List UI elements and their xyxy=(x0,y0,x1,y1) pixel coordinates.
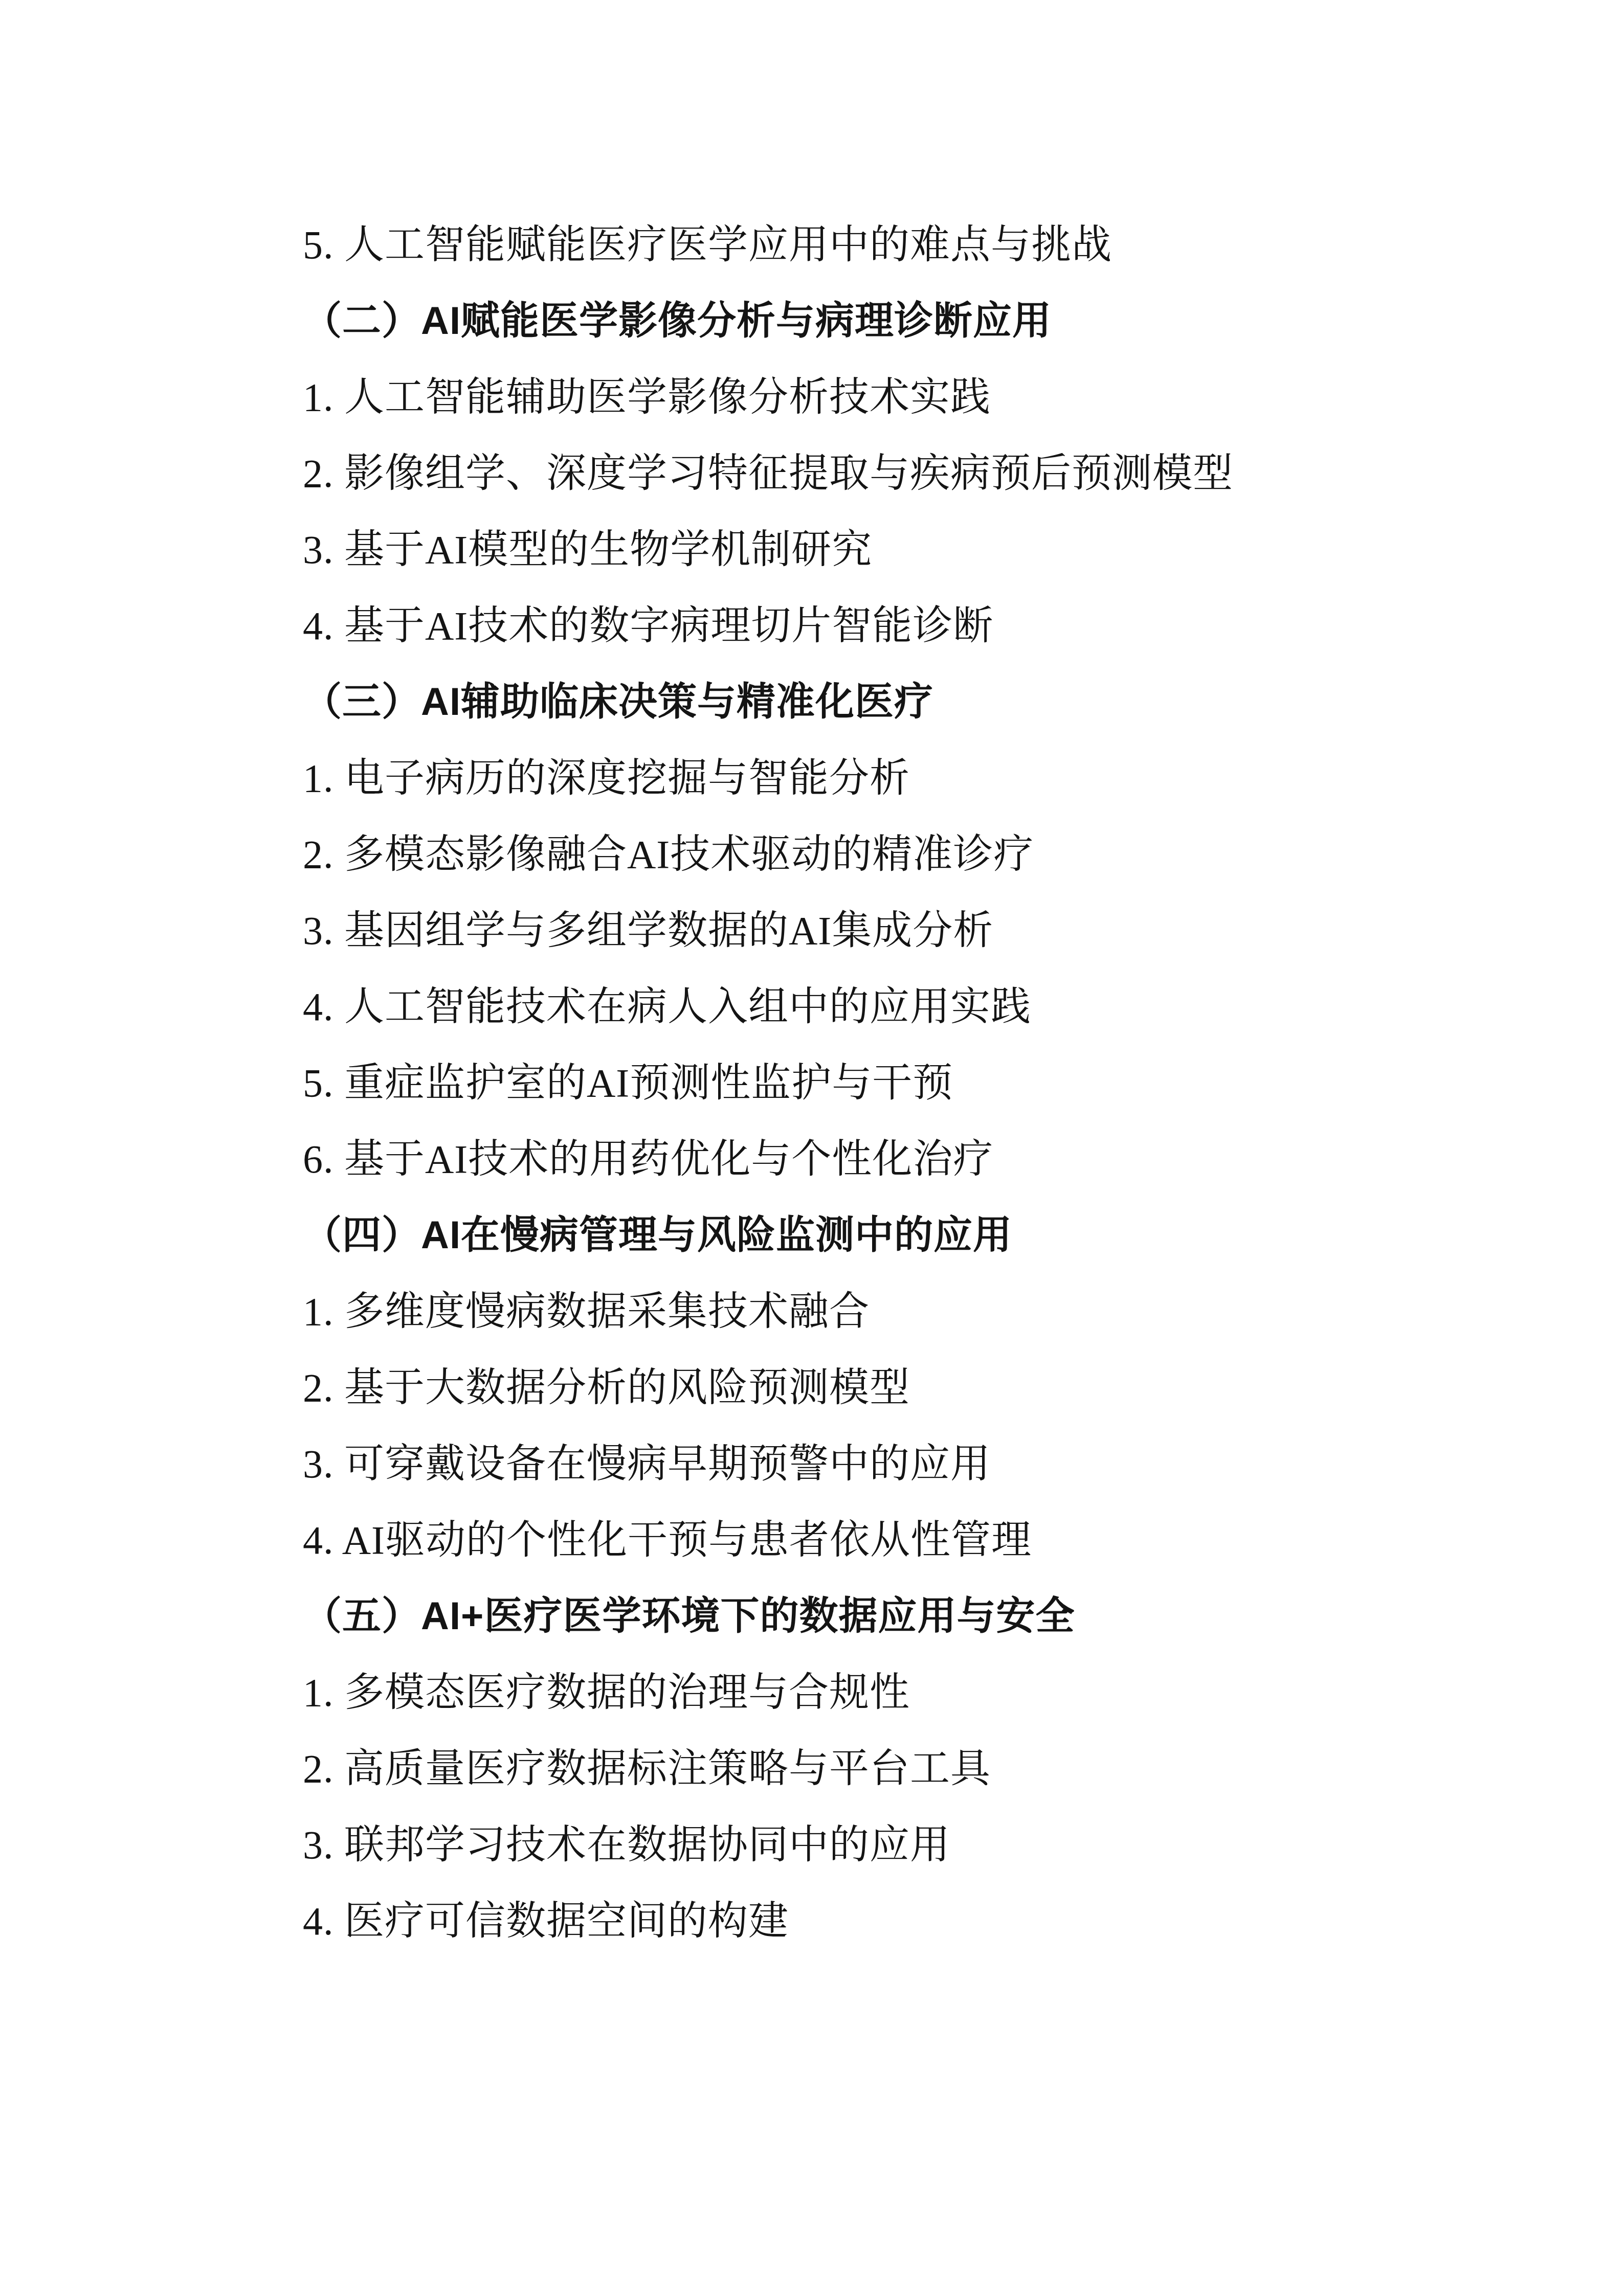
outline-item: 1. 多维度慢病数据采集技术融合 xyxy=(303,1273,1377,1349)
outline-item: 6. 基于AI技术的用药优化与个性化治疗 xyxy=(303,1121,1377,1197)
outline-item: 4. 人工智能技术在病人入组中的应用实践 xyxy=(303,969,1377,1045)
outline-item: 4. 医疗可信数据空间的构建 xyxy=(303,1883,1377,1959)
outline-item: 5. 重症监护室的AI预测性监护与干预 xyxy=(303,1045,1377,1121)
document-body: 5. 人工智能赋能医疗医学应用中的难点与挑战（二）AI赋能医学影像分析与病理诊断… xyxy=(303,207,1377,1959)
outline-item: 4. AI驱动的个性化干预与患者依从性管理 xyxy=(303,1502,1377,1578)
outline-item: 5. 人工智能赋能医疗医学应用中的难点与挑战 xyxy=(303,207,1377,283)
document-page: 5. 人工智能赋能医疗医学应用中的难点与挑战（二）AI赋能医学影像分析与病理诊断… xyxy=(0,0,1624,2296)
outline-item: 3. 基于AI模型的生物学机制研究 xyxy=(303,511,1377,588)
outline-section-heading: （四）AI在慢病管理与风险监测中的应用 xyxy=(303,1197,1377,1273)
outline-section-heading: （五）AI+医疗医学环境下的数据应用与安全 xyxy=(303,1578,1377,1654)
outline-item: 3. 联邦学习技术在数据协同中的应用 xyxy=(303,1807,1377,1883)
outline-item: 3. 基因组学与多组学数据的AI集成分析 xyxy=(303,892,1377,969)
outline-section-heading: （三）AI辅助临床决策与精准化医疗 xyxy=(303,664,1377,740)
outline-item: 4. 基于AI技术的数字病理切片智能诊断 xyxy=(303,588,1377,664)
outline-item: 2. 高质量医疗数据标注策略与平台工具 xyxy=(303,1730,1377,1807)
outline-item: 1. 电子病历的深度挖掘与智能分析 xyxy=(303,740,1377,816)
outline-item: 1. 多模态医疗数据的治理与合规性 xyxy=(303,1654,1377,1730)
outline-item: 3. 可穿戴设备在慢病早期预警中的应用 xyxy=(303,1426,1377,1502)
outline-item: 2. 基于大数据分析的风险预测模型 xyxy=(303,1349,1377,1426)
outline-item: 1. 人工智能辅助医学影像分析技术实践 xyxy=(303,359,1377,435)
outline-section-heading: （二）AI赋能医学影像分析与病理诊断应用 xyxy=(303,283,1377,359)
outline-item: 2. 影像组学、深度学习特征提取与疾病预后预测模型 xyxy=(303,435,1377,511)
outline-item: 2. 多模态影像融合AI技术驱动的精准诊疗 xyxy=(303,816,1377,892)
